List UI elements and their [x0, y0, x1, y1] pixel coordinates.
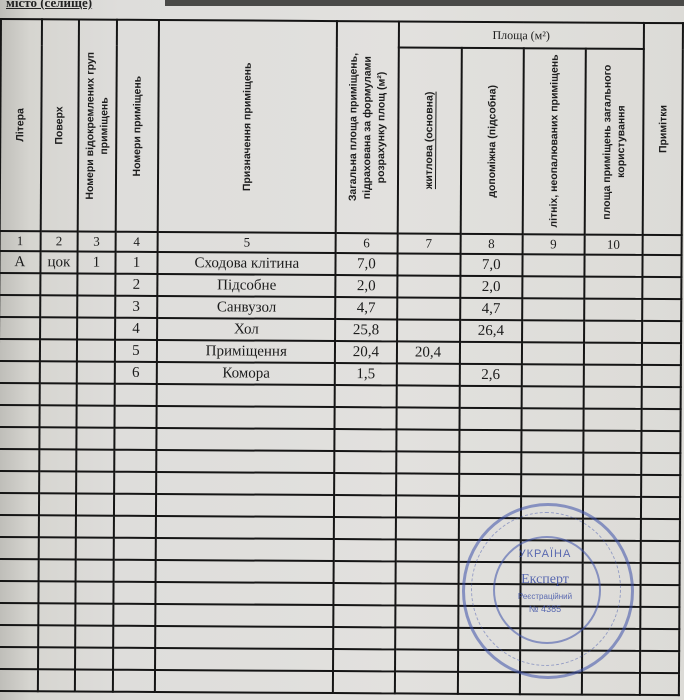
cell-room: 2	[115, 274, 158, 296]
cell-total: 7,0	[336, 253, 397, 275]
cell-litera	[0, 295, 40, 317]
cell-auxiliary	[460, 342, 522, 364]
empty-cell	[334, 539, 395, 561]
empty-cell	[582, 629, 641, 651]
col-header-purpose: Призначення приміщень	[158, 20, 337, 233]
empty-cell	[582, 519, 641, 541]
empty-cell	[581, 673, 640, 695]
empty-cell	[156, 472, 334, 495]
empty-cell	[39, 383, 76, 405]
cell-summer	[522, 320, 584, 342]
empty-cell	[157, 428, 335, 451]
cell-auxiliary: 26,4	[460, 320, 522, 342]
col-header-floor: Поверх	[40, 19, 79, 231]
empty-cell	[459, 518, 521, 540]
col-header-auxiliary: допоміжна (підсобна)	[460, 48, 523, 234]
cell-notes	[643, 255, 682, 277]
empty-cell	[335, 407, 396, 429]
empty-cell	[0, 493, 39, 515]
empty-cell	[156, 560, 334, 583]
empty-cell	[76, 515, 114, 537]
cell-floor	[40, 339, 77, 361]
empty-cell	[521, 430, 583, 452]
cell-litera: А	[0, 251, 40, 273]
cell-living	[397, 275, 460, 297]
empty-cell	[641, 519, 680, 541]
empty-cell	[334, 583, 395, 605]
empty-cell	[156, 582, 334, 605]
cell-purpose: Сходова клітина	[158, 252, 336, 275]
area-group-header: Площа (м²)	[398, 21, 644, 48]
cell-purpose: Приміщення	[157, 340, 335, 363]
cell-summer	[522, 298, 584, 320]
cell-common	[583, 343, 642, 365]
empty-cell	[640, 629, 679, 651]
cell-floor	[40, 273, 77, 295]
cell-notes	[642, 343, 681, 365]
empty-cell	[640, 585, 679, 607]
empty-cell	[113, 604, 156, 626]
empty-cell	[334, 495, 395, 517]
col-num: 4	[115, 232, 158, 252]
cell-room: 5	[115, 340, 158, 362]
empty-cell	[333, 671, 394, 693]
header-row: Літера Поверх Номери відокремлених груп …	[1, 19, 683, 49]
empty-row	[0, 669, 679, 695]
empty-cell	[458, 606, 520, 628]
empty-cell	[0, 647, 38, 669]
col-num: 1	[0, 231, 40, 251]
empty-cell	[0, 405, 39, 427]
empty-cell	[39, 471, 76, 493]
cell-auxiliary: 7,0	[460, 254, 522, 276]
empty-cell	[458, 628, 520, 650]
empty-cell	[76, 493, 114, 515]
empty-cell	[0, 581, 38, 603]
empty-cell	[583, 431, 642, 453]
empty-cell	[395, 605, 458, 627]
col-num: 7	[397, 233, 460, 253]
empty-cell	[76, 471, 114, 493]
cell-common	[584, 299, 643, 321]
empty-cell	[156, 604, 334, 627]
cell-group	[77, 295, 115, 317]
city-label: місто (селище)	[6, 0, 92, 11]
empty-cell	[521, 540, 583, 562]
empty-cell	[395, 583, 458, 605]
empty-cell	[0, 471, 39, 493]
empty-cell	[76, 427, 114, 449]
empty-cell	[520, 584, 582, 606]
cell-floor	[40, 317, 77, 339]
empty-cell	[75, 603, 113, 625]
empty-cell	[0, 449, 39, 471]
empty-cell	[38, 603, 75, 625]
empty-cell	[334, 605, 395, 627]
empty-cell	[335, 451, 396, 473]
cell-litera	[0, 273, 40, 295]
col-num: 2	[40, 231, 77, 251]
empty-cell	[157, 450, 335, 473]
cell-auxiliary: 2,6	[459, 364, 521, 386]
rooms-table: Літера Поверх Номери відокремлених груп …	[0, 18, 684, 696]
empty-cell	[582, 651, 641, 673]
empty-cell	[155, 648, 333, 671]
cell-common	[584, 255, 643, 277]
cell-room: 1	[115, 252, 158, 274]
cell-total: 1,5	[335, 363, 396, 385]
empty-cell	[114, 384, 157, 406]
empty-cell	[458, 584, 520, 606]
empty-cell	[395, 627, 458, 649]
empty-cell	[583, 409, 642, 431]
empty-cell	[157, 384, 335, 407]
empty-cell	[76, 537, 114, 559]
empty-cell	[156, 516, 334, 539]
empty-cell	[114, 428, 157, 450]
empty-cell	[155, 670, 333, 693]
empty-cell	[38, 559, 75, 581]
empty-cell	[641, 475, 680, 497]
col-header-notes: Примітки	[643, 23, 683, 235]
cell-room: 3	[115, 296, 158, 318]
empty-cell	[75, 581, 113, 603]
empty-cell	[642, 387, 681, 409]
cell-common	[584, 277, 643, 299]
empty-cell	[459, 408, 521, 430]
empty-cell	[459, 430, 521, 452]
empty-cell	[75, 625, 113, 647]
col-num	[643, 235, 682, 255]
empty-cell	[458, 540, 520, 562]
top-field-bar	[165, 0, 684, 6]
cell-summer	[522, 342, 584, 364]
empty-cell	[155, 626, 333, 649]
empty-cell	[521, 474, 583, 496]
empty-cell	[156, 538, 334, 561]
empty-cell	[394, 671, 457, 693]
empty-cell	[334, 561, 395, 583]
empty-cell	[459, 474, 521, 496]
empty-cell	[582, 585, 641, 607]
cell-common	[583, 365, 642, 387]
empty-cell	[396, 451, 459, 473]
empty-cell	[583, 387, 642, 409]
empty-cell	[396, 407, 459, 429]
empty-cell	[641, 453, 680, 475]
empty-cell	[0, 427, 39, 449]
col-num: 3	[78, 231, 116, 251]
empty-cell	[0, 383, 39, 405]
empty-cell	[520, 606, 582, 628]
cell-group: 1	[78, 251, 116, 273]
empty-cell	[640, 651, 679, 673]
cell-room: 4	[115, 318, 158, 340]
empty-cell	[113, 560, 156, 582]
col-num: 6	[336, 233, 397, 253]
empty-cell	[0, 625, 38, 647]
cell-total: 2,0	[336, 275, 397, 297]
empty-cell	[334, 627, 395, 649]
empty-cell	[113, 538, 156, 560]
empty-cell	[39, 449, 76, 471]
cell-summer	[522, 276, 584, 298]
empty-cell	[583, 497, 642, 519]
empty-cell	[113, 648, 156, 670]
empty-cell	[39, 515, 76, 537]
empty-cell	[38, 625, 75, 647]
empty-cell	[640, 607, 679, 629]
empty-cell	[641, 497, 680, 519]
empty-cell	[641, 431, 680, 453]
col-num: 9	[522, 234, 584, 254]
empty-cell	[520, 628, 582, 650]
cell-notes	[642, 365, 681, 387]
cell-total: 20,4	[335, 341, 396, 363]
empty-cell	[38, 537, 75, 559]
col-num: 5	[158, 232, 336, 253]
empty-cell	[334, 473, 395, 495]
cell-living	[396, 363, 459, 385]
empty-cell	[39, 427, 76, 449]
empty-cell	[75, 669, 113, 691]
col-header-room: Номери приміщень	[115, 20, 159, 232]
cell-litera	[0, 361, 40, 383]
empty-cell	[396, 473, 459, 495]
empty-cell	[583, 475, 642, 497]
col-num: 10	[584, 235, 643, 255]
cell-purpose: Санвузол	[157, 296, 335, 319]
empty-cell	[640, 673, 679, 695]
col-header-summer: літніх, неопалюваних приміщень	[523, 48, 586, 234]
empty-cell	[641, 541, 680, 563]
empty-cell	[334, 517, 395, 539]
empty-cell	[113, 516, 156, 538]
cell-litera	[0, 339, 40, 361]
empty-cell	[77, 383, 115, 405]
empty-cell	[156, 494, 334, 517]
empty-cell	[114, 494, 157, 516]
empty-cell	[396, 429, 459, 451]
empty-cell	[113, 626, 156, 648]
empty-cell	[114, 406, 157, 428]
cell-total: 25,8	[335, 319, 396, 341]
cell-notes	[642, 321, 681, 343]
cell-floor	[39, 361, 76, 383]
cell-notes	[642, 277, 681, 299]
empty-cell	[395, 649, 458, 671]
cell-notes	[642, 299, 681, 321]
empty-cell	[521, 408, 583, 430]
cell-litera	[0, 317, 40, 339]
cell-group	[77, 273, 115, 295]
empty-cell	[0, 515, 39, 537]
empty-cell	[395, 517, 458, 539]
empty-cell	[0, 603, 38, 625]
empty-cell	[520, 672, 582, 694]
empty-cell	[582, 541, 641, 563]
col-header-litera: Літера	[0, 19, 42, 231]
empty-cell	[582, 563, 641, 585]
empty-cell	[583, 453, 642, 475]
empty-cell	[114, 450, 157, 472]
empty-cell	[582, 607, 641, 629]
empty-cell	[0, 669, 38, 691]
cell-total: 4,7	[336, 297, 397, 319]
cell-floor: цок	[40, 251, 77, 273]
col-header-total-area: Загальна площа приміщень, підрахована за…	[336, 21, 398, 233]
cell-floor	[40, 295, 77, 317]
empty-cell	[458, 562, 520, 584]
empty-cell	[335, 385, 396, 407]
cell-living	[397, 297, 460, 319]
document-page: місто (селище) Літера Поверх Номери відо…	[0, 0, 684, 700]
empty-cell	[395, 561, 458, 583]
empty-cell	[521, 452, 583, 474]
empty-cell	[521, 496, 583, 518]
cell-summer	[522, 364, 584, 386]
empty-cell	[520, 562, 582, 584]
empty-cell	[39, 493, 76, 515]
empty-cell	[0, 559, 38, 581]
empty-cell	[335, 429, 396, 451]
empty-cell	[459, 496, 521, 518]
col-header-living: житлова (основна)	[397, 47, 461, 233]
cell-auxiliary: 2,0	[460, 276, 522, 298]
col-header-common: площа приміщень загального користування	[584, 49, 644, 235]
col-num: 8	[460, 234, 522, 254]
empty-cell	[157, 406, 335, 429]
empty-cell	[521, 518, 583, 540]
empty-cell	[395, 539, 458, 561]
empty-cell	[114, 472, 157, 494]
cell-auxiliary: 4,7	[460, 298, 522, 320]
empty-cell	[395, 495, 458, 517]
empty-cell	[459, 452, 521, 474]
cell-purpose: Підсобне	[158, 274, 336, 297]
cell-group	[77, 361, 115, 383]
empty-cell	[76, 559, 114, 581]
empty-cell	[396, 385, 459, 407]
empty-cell	[333, 649, 394, 671]
cell-room: 6	[114, 362, 157, 384]
empty-cell	[0, 537, 39, 559]
empty-cell	[113, 582, 156, 604]
empty-cell	[642, 409, 681, 431]
empty-cell	[458, 650, 520, 672]
empty-cell	[522, 386, 584, 408]
cell-summer	[522, 254, 584, 276]
empty-cell	[641, 563, 680, 585]
empty-cell	[459, 386, 521, 408]
empty-cell	[39, 405, 76, 427]
empty-cell	[38, 581, 75, 603]
empty-cell	[76, 449, 114, 471]
empty-cell	[38, 669, 75, 691]
cell-purpose: Хол	[157, 318, 335, 341]
empty-cell	[458, 672, 520, 694]
col-header-group: Номери відокремлених груп приміщень	[78, 19, 117, 231]
cell-group	[77, 317, 115, 339]
empty-cell	[75, 647, 113, 669]
cell-living: 20,4	[396, 341, 459, 363]
cell-living	[397, 319, 460, 341]
cell-purpose: Комора	[157, 362, 335, 385]
empty-cell	[38, 647, 75, 669]
cell-common	[584, 321, 643, 343]
cell-living	[397, 253, 460, 275]
empty-cell	[77, 405, 115, 427]
cell-group	[77, 339, 115, 361]
empty-cell	[113, 670, 156, 692]
empty-cell	[520, 650, 582, 672]
